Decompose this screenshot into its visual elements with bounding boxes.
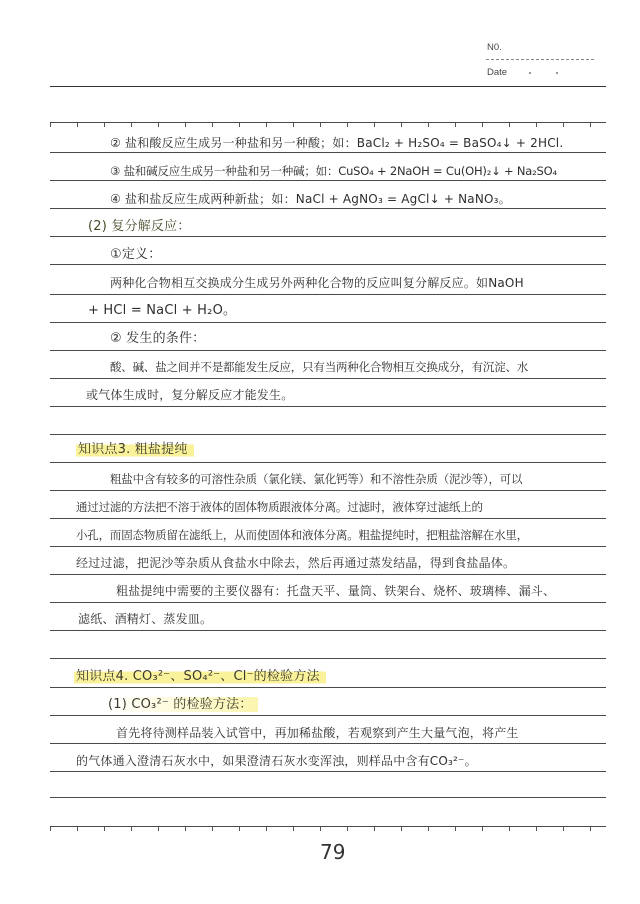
text-line-carbonate-2: 的气体通入澄清石灰水中，如果澄清石灰水变浑浊，则样品中含有CO₃²⁻。	[76, 752, 477, 770]
ruled-line	[50, 264, 606, 265]
ruled-line	[50, 797, 606, 798]
ruled-line	[50, 350, 606, 351]
notebook-page: N0. Date ② 盐和酸反应生成另一种盐和另一种酸；如：BaCl₂ + H₂…	[0, 0, 640, 904]
date-dot	[529, 72, 531, 74]
text-line-definition-1: 两种化合物相互交换成分生成另外两种化合物的反应叫复分解反应。如NaOH	[110, 274, 524, 292]
ruled-line	[50, 771, 606, 772]
subheading-definition: ①定义：	[110, 246, 161, 264]
ruled-line	[50, 602, 606, 603]
subheading-carbonate-test: (1) CO₃²⁻ 的检验方法：	[106, 696, 258, 714]
text-line-conditions-2: 或气体生成时，复分解反应才能发生。	[86, 386, 293, 404]
ruled-line	[50, 434, 606, 435]
text-line-definition-2: + HCl = NaCl + H₂O。	[88, 302, 236, 320]
text-line-purification-3: 小孔，而固态物质留在滤纸上，从而使固体和液体分离。粗盐提纯时，把粗盐溶解在水里，	[76, 526, 528, 544]
ruled-line	[50, 715, 606, 716]
ruled-line	[50, 546, 606, 547]
header-rule	[50, 86, 606, 87]
ruled-line	[50, 490, 606, 491]
highlighted-heading: 知识点4. CO₃²⁻、SO₄²⁻、Cl⁻的检验方法	[74, 669, 326, 684]
text-line-instruments-1: 粗盐提纯中需要的主要仪器有：托盘天平、量筒、铁架台、烧杯、玻璃棒、漏斗、	[116, 582, 555, 600]
ruled-line	[50, 406, 606, 407]
subheading-conditions: ② 发生的条件：	[110, 330, 205, 348]
ruled-line	[50, 518, 606, 519]
number-label: N0.	[487, 42, 502, 53]
page-number: 79	[320, 840, 345, 864]
text-line-purification-2: 通过过滤的方法把不溶于液体的固体物质跟液体分离。过滤时，液体穿过滤纸上的	[76, 498, 483, 516]
highlighted-subheading: (1) CO₃²⁻ 的检验方法：	[106, 697, 258, 712]
bottom-tick-ruler	[50, 826, 606, 827]
number-dotted-line	[486, 59, 594, 60]
text-line-salt-salt: ④ 盐和盐反应生成两种新盐；如：NaCl + AgNO₃ = AgCl↓ + N…	[110, 190, 511, 208]
subheading-double-decomposition: (2) 复分解反应：	[88, 218, 191, 236]
ruled-line	[50, 378, 606, 379]
text-line-salt-base: ③ 盐和碱反应生成另一种盐和另一种碱；如：CuSO₄ + 2NaOH = Cu(…	[110, 162, 557, 180]
section-heading-3: 知识点3. 粗盐提纯	[76, 441, 194, 459]
ruled-line	[50, 687, 606, 688]
ruled-line	[50, 743, 606, 744]
highlighted-heading: 知识点3. 粗盐提纯	[76, 442, 194, 457]
ruled-line	[50, 180, 606, 181]
ruled-line	[50, 208, 606, 209]
ruled-line	[50, 322, 606, 323]
top-tick-ruler	[50, 122, 606, 123]
text-line-purification-4: 经过过滤，把泥沙等杂质从食盐水中除去，然后再通过蒸发结晶，得到食盐晶体。	[76, 554, 515, 572]
ruled-line	[50, 294, 606, 295]
section-heading-4: 知识点4. CO₃²⁻、SO₄²⁻、Cl⁻的检验方法	[74, 668, 326, 686]
ruled-line	[50, 658, 606, 659]
ruled-line	[50, 574, 606, 575]
text-line-conditions-1: 酸、碱、盐之间并不是都能发生反应，只有当两种化合物相互交换成分，有沉淀、水	[110, 358, 528, 376]
text-line-carbonate-1: 首先将待测样品装入试管中，再加稀盐酸，若观察到产生大量气泡，将产生	[116, 724, 519, 742]
text-line-purification-1: 粗盐中含有较多的可溶性杂质（氯化镁、氯化钙等）和不溶性杂质（泥沙等），可以	[110, 470, 522, 488]
date-label: Date	[487, 67, 507, 78]
ruled-line	[50, 236, 606, 237]
date-dot	[556, 72, 558, 74]
ruled-line	[50, 462, 606, 463]
text-line-salt-acid: ② 盐和酸反应生成另一种盐和另一种酸；如：BaCl₂ + H₂SO₄ = BaS…	[110, 134, 563, 152]
ruled-line	[50, 630, 606, 631]
text-line-instruments-2: 滤纸、酒精灯、蒸发皿。	[78, 610, 212, 628]
ruled-line	[50, 152, 606, 153]
